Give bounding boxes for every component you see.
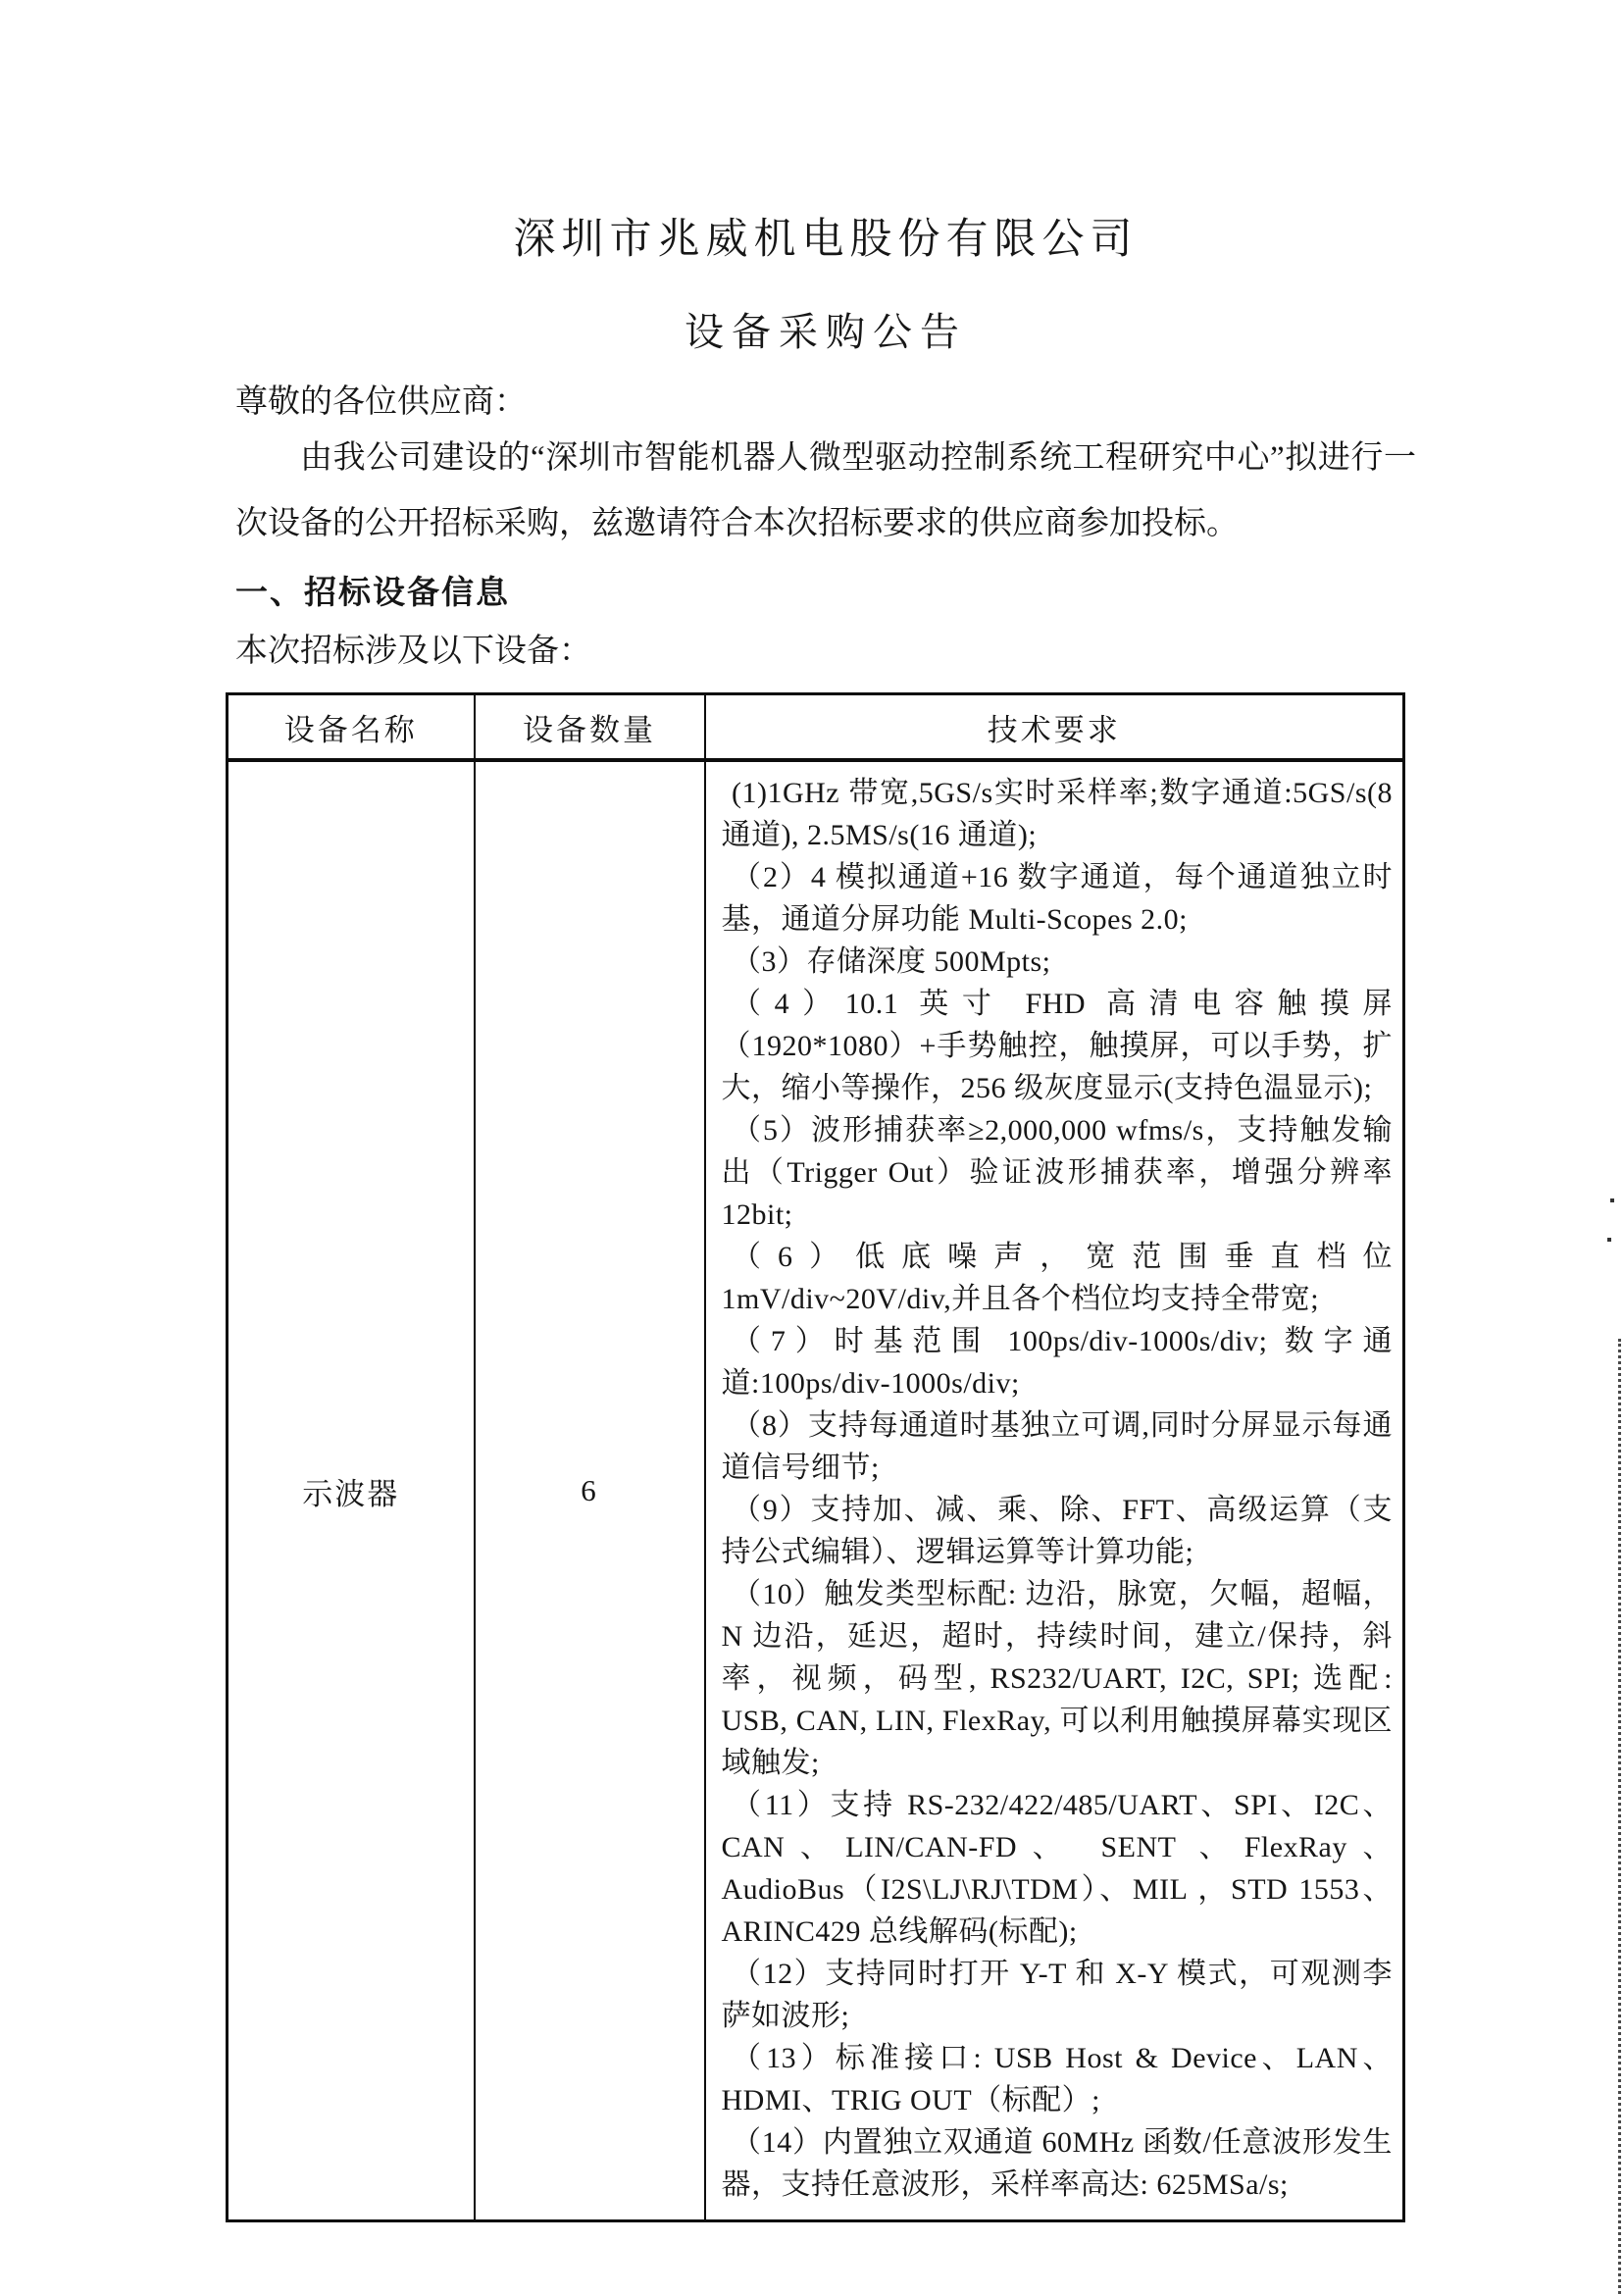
equipment-quantity-cell: 6 (475, 760, 705, 2221)
salutation-line: 尊敬的各位供应商： (235, 381, 1416, 424)
column-header-technical-requirements: 技术要求 (705, 694, 1404, 761)
table-row: 示波器 6 (1)1GHz 带宽,5GS/s实时采样率;数字通道:5GS/s(8… (228, 760, 1404, 2221)
requirement-item: （13）标准接口: USB Host & Device、LAN、HDMI、TRI… (722, 2037, 1394, 2121)
column-header-equipment-name: 设备名称 (228, 694, 475, 761)
requirement-item: （5）波形捕获率≥2,000,000 wfms/s，支持触发输出（Trigger… (722, 1109, 1394, 1236)
requirement-item: （7）时基范围 100ps/div-1000s/div; 数字通道:100ps/… (722, 1320, 1394, 1404)
requirement-item: （14）内置独立双通道 60MHz 函数/任意波形发生器，支持任意波形，采样率高… (722, 2121, 1394, 2206)
requirement-item: （9）支持加、减、乘、除、FFT、高级运算（支持公式编辑）、逻辑运算等计算功能; (722, 1489, 1394, 1573)
section-heading-bid-equipment-info: 一、招标设备信息 (235, 565, 1416, 620)
scan-artifact-dotted-line (1618, 1339, 1621, 2294)
company-title: 深圳市兆威机电股份有限公司 (235, 216, 1416, 265)
equipment-table: 设备名称 设备数量 技术要求 示波器 6 (1)1GHz 带宽,5GS/s实时采… (226, 692, 1405, 2222)
requirement-item: （8）支持每通道时基独立可调,同时分屏显示每通道信号细节; (722, 1404, 1394, 1489)
requirement-item: （12）支持同时打开 Y-T 和 X-Y 模式，可观测李萨如波形; (722, 1953, 1394, 2037)
announcement-title: 设备采购公告 (235, 310, 1416, 355)
intro-paragraph: 由我公司建设的“深圳市智能机器人微型驱动控制系统工程研究中心”拟进行一次设备的公… (235, 426, 1416, 557)
scan-artifact-dot (1607, 1238, 1611, 1242)
scanned-document-page: 深圳市兆威机电股份有限公司 设备采购公告 尊敬的各位供应商： 由我公司建设的“深… (0, 0, 1624, 2294)
table-intro-line: 本次招标涉及以下设备： (235, 624, 1416, 679)
column-header-equipment-quantity: 设备数量 (475, 694, 705, 761)
requirement-item: （6）低底噪声，宽范围垂直档位 1mV/div~20V/div,并且各个档位均支… (722, 1236, 1394, 1320)
technical-requirements-cell: (1)1GHz 带宽,5GS/s实时采样率;数字通道:5GS/s(8通道), 2… (705, 760, 1404, 2221)
requirement-item: （11）支持 RS-232/422/485/UART、SPI、I2C、CAN、L… (722, 1784, 1394, 1953)
requirement-item: （3）存储深度 500Mpts; (722, 941, 1394, 983)
table-header-row: 设备名称 设备数量 技术要求 (228, 694, 1404, 761)
requirement-item: （4）10.1 英寸 FHD 高清电容触摸屏（1920*1080）+手势触控，触… (722, 983, 1394, 1109)
requirement-item: （2）4 模拟通道+16 数字通道，每个通道独立时基，通道分屏功能 Multi-… (722, 856, 1394, 941)
requirement-item: (1)1GHz 带宽,5GS/s实时采样率;数字通道:5GS/s(8通道), 2… (722, 772, 1394, 856)
requirement-item: （10）触发类型标配: 边沿，脉宽，欠幅，超幅，N 边沿，延迟，超时，持续时间，… (722, 1573, 1394, 1784)
scan-artifact-dot (1610, 1198, 1614, 1202)
equipment-name-cell: 示波器 (228, 760, 475, 2221)
